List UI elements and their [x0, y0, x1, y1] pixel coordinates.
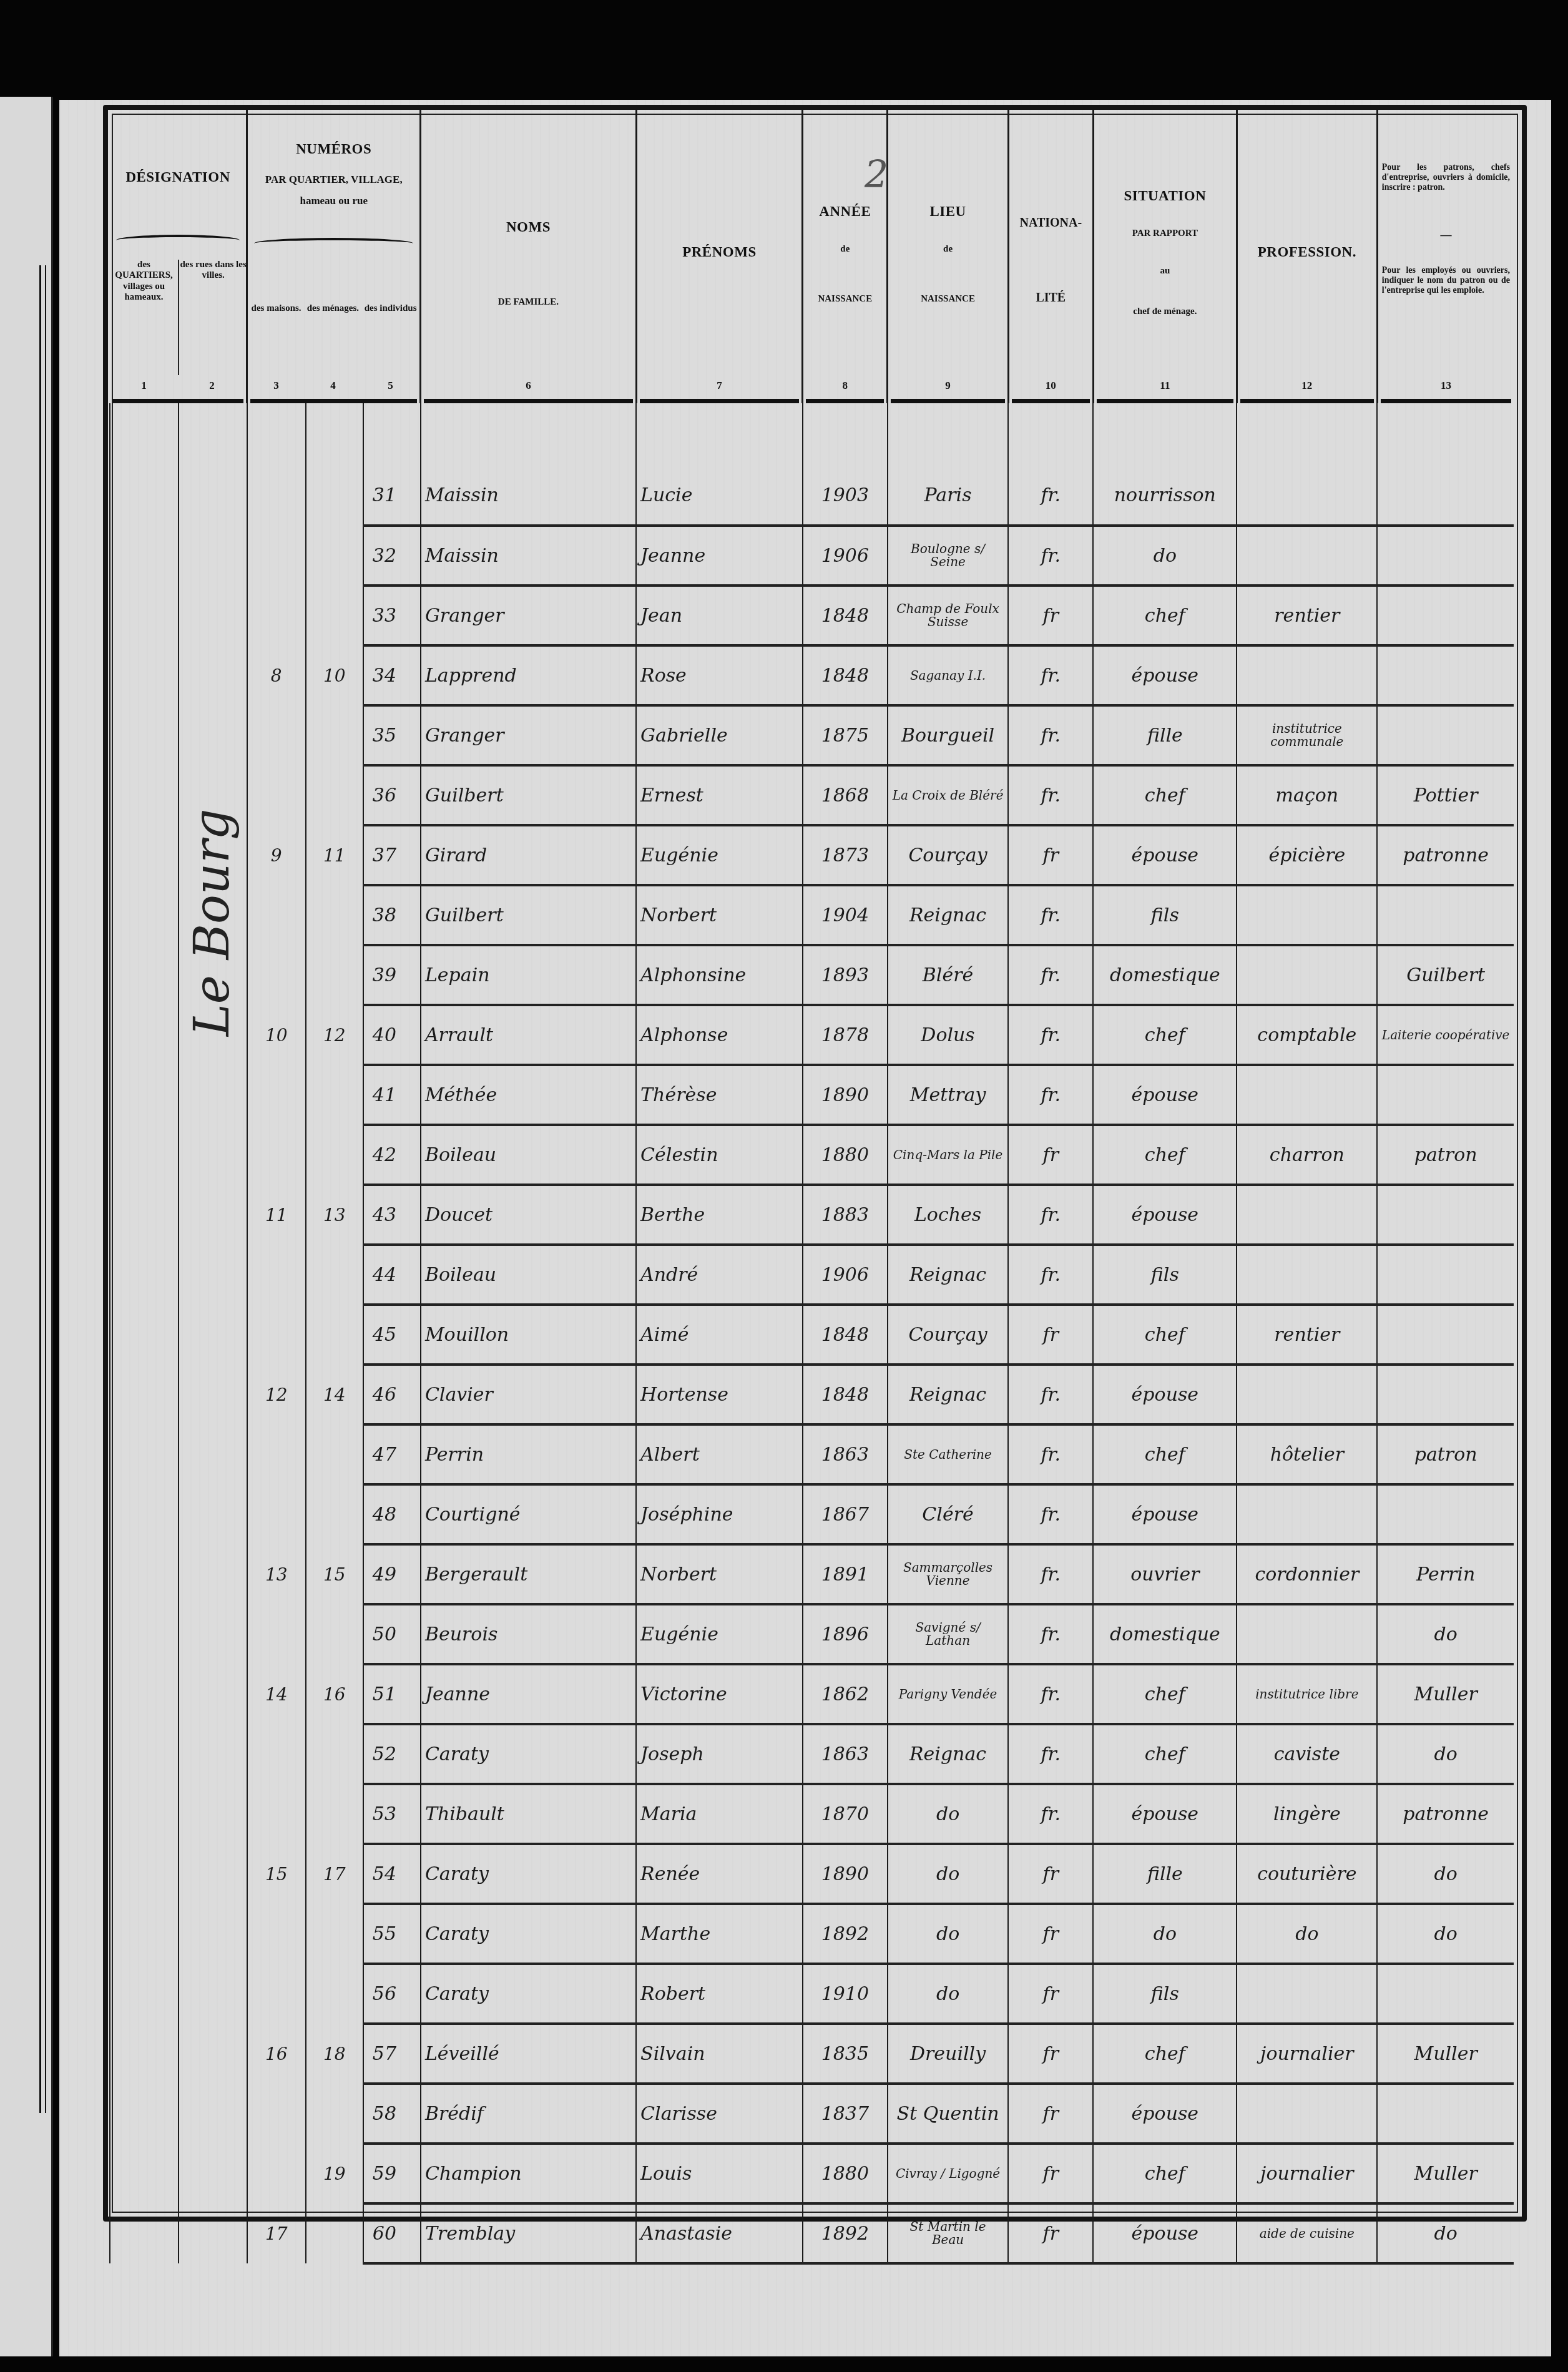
cell-quartier: [110, 1844, 179, 1904]
cell-menage: [306, 526, 363, 586]
cell-profession: caviste: [1237, 1724, 1377, 1784]
cell-quartier: [110, 1245, 179, 1305]
cell-nationalite: fr.: [1008, 1604, 1093, 1664]
cell-nationalite: fr.: [1008, 945, 1093, 1005]
cell-situation: chef: [1093, 1664, 1237, 1724]
cell-rue: [179, 1424, 247, 1484]
cell-prenom: Gabrielle: [636, 705, 803, 765]
cell-nationalite: fr.: [1008, 1724, 1093, 1784]
cell-maison: 9: [247, 825, 306, 885]
cell-rue: [179, 1604, 247, 1664]
cell-prenom: Clarisse: [636, 2084, 803, 2144]
cell-annee: 1873: [803, 825, 888, 885]
cell-individu: 42: [363, 1125, 421, 1185]
header-col13-employee-note: Pour les employés ou ouvriers, indiquer …: [1382, 266, 1510, 296]
cell-patron: [1377, 1185, 1514, 1245]
cell-lieu: Mettray: [888, 1065, 1009, 1125]
cell-lieu: Dreuilly: [888, 2024, 1009, 2084]
cell-nationalite: fr.: [1008, 526, 1093, 586]
cell-nationalite: fr.: [1008, 1245, 1093, 1305]
cell-quartier: [110, 945, 179, 1005]
census-table: DÉSIGNATION des QUARTIERS, villages ou h…: [109, 110, 1514, 2265]
header-col12: PROFESSION.: [1238, 244, 1376, 260]
cell-quartier: [110, 526, 179, 586]
cell-situation: domestique: [1093, 945, 1237, 1005]
cell-patron: [1377, 466, 1514, 526]
cell-quartier: [110, 705, 179, 765]
cell-maison: [247, 945, 306, 1005]
cell-maison: [247, 1784, 306, 1844]
cell-quartier: [110, 1305, 179, 1365]
cell-menage: [306, 2203, 363, 2263]
cell-rue: [179, 1185, 247, 1245]
cell-menage: [306, 1724, 363, 1784]
table-row: 32 Maissin Jeanne 1906 Boulogne s/ Seine…: [110, 526, 1514, 586]
cell-patron: [1377, 645, 1514, 705]
cell-patron: Pottier: [1377, 765, 1514, 825]
cell-lieu: Boulogne s/ Seine: [888, 526, 1009, 586]
cell-situation: do: [1093, 1904, 1237, 1964]
cell-nom: Jeanne: [421, 1664, 636, 1724]
cell-situation: épouse: [1093, 1484, 1237, 1544]
colnum-3: 3: [248, 380, 305, 392]
cell-situation: chef: [1093, 1424, 1237, 1484]
header-annee: ANNÉE de NAISSANCE 8: [803, 110, 888, 403]
cell-prenom: Ernest: [636, 765, 803, 825]
cell-maison: 17: [247, 2203, 306, 2263]
header-employer: Pour les patrons, chefs d'entreprise, ou…: [1377, 110, 1514, 403]
cell-rue: [179, 1544, 247, 1604]
cell-maison: [247, 1604, 306, 1664]
cell-rue: [179, 1724, 247, 1784]
table-row: 47 Perrin Albert 1863 Ste Catherine fr. …: [110, 1424, 1514, 1484]
cell-nationalite: fr: [1008, 2203, 1093, 2263]
cell-lieu: Bourgueil: [888, 705, 1009, 765]
cell-prenom: Alphonsine: [636, 945, 803, 1005]
cell-lieu: do: [888, 1784, 1009, 1844]
header-profession: PROFESSION. 12: [1237, 110, 1377, 403]
cell-prenom: Jean: [636, 586, 803, 645]
cell-quartier: [110, 1664, 179, 1724]
cell-prenom: Eugénie: [636, 1604, 803, 1664]
cell-lieu: do: [888, 1964, 1009, 2024]
cell-nationalite: fr.: [1008, 1005, 1093, 1065]
cell-patron: do: [1377, 2203, 1514, 2263]
header-designation-title: DÉSIGNATION: [110, 169, 246, 185]
cell-lieu: Ste Catherine: [888, 1424, 1009, 1484]
cell-rue: [179, 2084, 247, 2144]
cell-nom: Boileau: [421, 1245, 636, 1305]
header-col11-b: au: [1094, 266, 1236, 277]
cell-individu: 53: [363, 1784, 421, 1844]
cell-patron: [1377, 586, 1514, 645]
cell-annee: 1892: [803, 2203, 888, 2263]
cell-individu: 32: [363, 526, 421, 586]
cell-lieu: Saganay I.I.: [888, 645, 1009, 705]
cell-patron: [1377, 1365, 1514, 1424]
cell-prenom: Victorine: [636, 1664, 803, 1724]
header-col3: des maisons.: [248, 303, 305, 314]
cell-lieu: Reignac: [888, 1245, 1009, 1305]
cell-individu: 55: [363, 1904, 421, 1964]
cell-quartier: [110, 1604, 179, 1664]
cell-menage: 15: [306, 1544, 363, 1604]
cell-menage: [306, 1964, 363, 2024]
cell-rue: [179, 705, 247, 765]
cell-nom: Mouillon: [421, 1305, 636, 1365]
colnum-2: 2: [178, 380, 246, 392]
table-row: 12 14 46 Clavier Hortense 1848 Reignac f…: [110, 1365, 1514, 1424]
cell-annee: 1890: [803, 1844, 888, 1904]
cell-situation: chef: [1093, 1005, 1237, 1065]
cell-profession: [1237, 1065, 1377, 1125]
cell-nom: Caraty: [421, 1904, 636, 1964]
cell-annee: 1891: [803, 1544, 888, 1604]
colnum-11: 11: [1094, 380, 1236, 392]
cell-rue: [179, 1125, 247, 1185]
cell-lieu: Reignac: [888, 1365, 1009, 1424]
cell-annee: 1903: [803, 466, 888, 526]
cell-individu: 46: [363, 1365, 421, 1424]
header-col11-a: PAR RAPPORT: [1094, 228, 1236, 239]
cell-quartier: [110, 1784, 179, 1844]
cell-individu: 40: [363, 1005, 421, 1065]
cell-nom: Tremblay: [421, 2203, 636, 2263]
cell-annee: 1906: [803, 526, 888, 586]
header-col4: des ménages.: [305, 303, 361, 314]
header-rule: [891, 399, 1005, 403]
cell-individu: 34: [363, 645, 421, 705]
table-row: 31 Maissin Lucie 1903 Paris fr. nourriss…: [110, 466, 1514, 526]
cell-individu: 48: [363, 1484, 421, 1544]
cell-situation: chef: [1093, 765, 1237, 825]
cell-individu: 51: [363, 1664, 421, 1724]
cell-menage: [306, 1904, 363, 1964]
cell-profession: [1237, 466, 1377, 526]
header-numeros-sub: PAR QUARTIER, VILLAGE, hameau ou rue: [250, 169, 417, 212]
cell-lieu: Bléré: [888, 945, 1009, 1005]
cell-patron: patronne: [1377, 825, 1514, 885]
cell-maison: [247, 1125, 306, 1185]
table-row: 55 Caraty Marthe 1892 do fr do do do: [110, 1904, 1514, 1964]
cell-nationalite: fr.: [1008, 1365, 1093, 1424]
cell-menage: 14: [306, 1365, 363, 1424]
table-row: 41 Méthée Thérèse 1890 Mettray fr. épous…: [110, 1065, 1514, 1125]
cell-lieu: Cinq-Mars la Pile: [888, 1125, 1009, 1185]
cell-prenom: Alphonse: [636, 1005, 803, 1065]
cell-individu: 49: [363, 1544, 421, 1604]
spacer-row: [110, 403, 1514, 466]
cell-annee: 1863: [803, 1724, 888, 1784]
table-row: 10 12 40 Arrault Alphonse 1878 Dolus fr.…: [110, 1005, 1514, 1065]
cell-prenom: Eugénie: [636, 825, 803, 885]
cell-profession: institutrice communale: [1237, 705, 1377, 765]
cell-nationalite: fr.: [1008, 1544, 1093, 1604]
table-row: 33 Granger Jean 1848 Champ de Foulx Suis…: [110, 586, 1514, 645]
cell-profession: cordonnier: [1237, 1544, 1377, 1604]
cell-prenom: Jeanne: [636, 526, 803, 586]
cell-prenom: Anastasie: [636, 2203, 803, 2263]
header-col8-sub: NAISSANCE: [803, 294, 886, 305]
cell-nationalite: fr: [1008, 1125, 1093, 1185]
cell-nom: Méthée: [421, 1065, 636, 1125]
cell-rue: [179, 2024, 247, 2084]
cell-nationalite: fr.: [1008, 1424, 1093, 1484]
cell-prenom: Louis: [636, 2144, 803, 2203]
cell-annee: 1880: [803, 2144, 888, 2203]
cell-maison: [247, 1964, 306, 2024]
cell-lieu: St Quentin: [888, 2084, 1009, 2144]
cell-menage: [306, 1065, 363, 1125]
cell-nationalite: fr: [1008, 2024, 1093, 2084]
colnum-1: 1: [110, 380, 178, 392]
cell-individu: 38: [363, 885, 421, 945]
header-rule: [806, 399, 884, 403]
header-col5: des individus: [361, 303, 420, 314]
cell-annee: 1867: [803, 1484, 888, 1544]
cell-situation: nourrisson: [1093, 466, 1237, 526]
cell-rue: [179, 586, 247, 645]
cell-profession: hôtelier: [1237, 1424, 1377, 1484]
cell-patron: Guilbert: [1377, 945, 1514, 1005]
header-col11-c: chef de ménage.: [1094, 306, 1236, 317]
header-col9-main: LIEU: [888, 203, 1007, 220]
table-row: 45 Mouillon Aimé 1848 Courçay fr chef re…: [110, 1305, 1514, 1365]
header-rule: [250, 399, 417, 403]
cell-situation: fille: [1093, 705, 1237, 765]
cell-quartier: [110, 1005, 179, 1065]
table-row: 53 Thibault Maria 1870 do fr. épouse lin…: [110, 1784, 1514, 1844]
cell-profession: [1237, 1964, 1377, 2024]
cell-patron: [1377, 2084, 1514, 2144]
cell-rue: [179, 526, 247, 586]
header-col2: des rues dans les villes.: [178, 260, 247, 375]
cell-individu: 54: [363, 1844, 421, 1904]
cell-situation: épouse: [1093, 1065, 1237, 1125]
cell-individu: 50: [363, 1604, 421, 1664]
header-rule: [112, 399, 243, 403]
cell-quartier: [110, 1365, 179, 1424]
cell-patron: [1377, 705, 1514, 765]
cell-situation: chef: [1093, 1305, 1237, 1365]
cell-quartier: [110, 825, 179, 885]
cell-nationalite: fr: [1008, 586, 1093, 645]
cell-maison: [247, 1065, 306, 1125]
cell-quartier: [110, 1544, 179, 1604]
cell-prenom: Silvain: [636, 2024, 803, 2084]
cell-patron: Muller: [1377, 2024, 1514, 2084]
cell-rue: [179, 1305, 247, 1365]
table-row: 19 59 Champion Louis 1880 Civray / Ligog…: [110, 2144, 1514, 2203]
cell-nationalite: fr: [1008, 1305, 1093, 1365]
cell-quartier: [110, 1065, 179, 1125]
cell-individu: 33: [363, 586, 421, 645]
cell-menage: 13: [306, 1185, 363, 1245]
table-row: 48 Courtigné Joséphine 1867 Cléré fr. ép…: [110, 1484, 1514, 1544]
brace-decoration: [254, 238, 413, 249]
cell-annee: 1868: [803, 765, 888, 825]
cell-annee: 1862: [803, 1664, 888, 1724]
cell-prenom: Robert: [636, 1964, 803, 2024]
cell-situation: épouse: [1093, 645, 1237, 705]
cell-individu: 35: [363, 705, 421, 765]
cell-individu: 52: [363, 1724, 421, 1784]
cell-quartier: [110, 1484, 179, 1544]
header-prenoms: PRÉNOMS 7: [636, 110, 803, 403]
cell-annee: 1906: [803, 1245, 888, 1305]
cell-nom: Lapprend: [421, 645, 636, 705]
cell-maison: [247, 1305, 306, 1365]
colnum-5: 5: [361, 380, 420, 392]
cell-quartier: [110, 1424, 179, 1484]
header-col1: des QUARTIERS, villages ou hameaux.: [110, 260, 178, 303]
cell-profession: rentier: [1237, 1305, 1377, 1365]
cell-individu: 39: [363, 945, 421, 1005]
cell-annee: 1878: [803, 1005, 888, 1065]
cell-lieu: Champ de Foulx Suisse: [888, 586, 1009, 645]
cell-prenom: Lucie: [636, 466, 803, 526]
table-row: 36 Guilbert Ernest 1868 La Croix de Blér…: [110, 765, 1514, 825]
cell-individu: 59: [363, 2144, 421, 2203]
cell-patron: Perrin: [1377, 1544, 1514, 1604]
table-row: 8 10 34 Lapprend Rose 1848 Saganay I.I. …: [110, 645, 1514, 705]
cell-profession: aide de cuisine: [1237, 2203, 1377, 2263]
cell-maison: 16: [247, 2024, 306, 2084]
cell-situation: domestique: [1093, 1604, 1237, 1664]
cell-maison: 13: [247, 1544, 306, 1604]
cell-patron: patron: [1377, 1424, 1514, 1484]
header-rule: [640, 399, 800, 403]
table-row: 44 Boileau André 1906 Reignac fr. fils: [110, 1245, 1514, 1305]
cell-profession: rentier: [1237, 586, 1377, 645]
cell-nationalite: fr.: [1008, 765, 1093, 825]
cell-annee: 1848: [803, 1305, 888, 1365]
cell-rue: [179, 1784, 247, 1844]
cell-patron: Muller: [1377, 2144, 1514, 2203]
cell-annee: 1835: [803, 2024, 888, 2084]
cell-maison: [247, 765, 306, 825]
cell-patron: [1377, 885, 1514, 945]
table-row: 11 13 43 Doucet Berthe 1883 Loches fr. é…: [110, 1185, 1514, 1245]
cell-profession: [1237, 645, 1377, 705]
brace-decoration: [116, 235, 240, 246]
cell-situation: chef: [1093, 1724, 1237, 1784]
cell-nom: Clavier: [421, 1365, 636, 1424]
table-row: 38 Guilbert Norbert 1904 Reignac fr. fil…: [110, 885, 1514, 945]
cell-lieu: Sammarçolles Vienne: [888, 1544, 1009, 1604]
cell-menage: 11: [306, 825, 363, 885]
colnum-7: 7: [637, 380, 802, 392]
cell-patron: do: [1377, 1904, 1514, 1964]
cell-rue: [179, 1065, 247, 1125]
cell-patron: patronne: [1377, 1784, 1514, 1844]
cell-lieu: do: [888, 1904, 1009, 1964]
cell-individu: 60: [363, 2203, 421, 2263]
cell-annee: 1870: [803, 1784, 888, 1844]
cell-lieu: do: [888, 1844, 1009, 1904]
cell-maison: [247, 2084, 306, 2144]
cell-menage: [306, 1245, 363, 1305]
cell-menage: 12: [306, 1005, 363, 1065]
cell-prenom: Norbert: [636, 885, 803, 945]
cell-nationalite: fr.: [1008, 705, 1093, 765]
census-rows: 31 Maissin Lucie 1903 Paris fr. nourriss…: [110, 403, 1514, 2263]
cell-nationalite: fr.: [1008, 1185, 1093, 1245]
cell-quartier: [110, 466, 179, 526]
cell-profession: [1237, 1484, 1377, 1544]
cell-maison: [247, 2144, 306, 2203]
table-row: 42 Boileau Célestin 1880 Cinq-Mars la Pi…: [110, 1125, 1514, 1185]
cell-menage: 16: [306, 1664, 363, 1724]
cell-patron: do: [1377, 1604, 1514, 1664]
colnum-4: 4: [305, 380, 361, 392]
header-col13-patron-note: Pour les patrons, chefs d'entreprise, ou…: [1382, 163, 1510, 193]
cell-annee: 1848: [803, 1365, 888, 1424]
cell-nom: Léveillé: [421, 2024, 636, 2084]
table-row: 56 Caraty Robert 1910 do fr fils: [110, 1964, 1514, 2024]
cell-menage: 18: [306, 2024, 363, 2084]
facing-page-border: [39, 265, 46, 2113]
cell-situation: fils: [1093, 885, 1237, 945]
header-col7: PRÉNOMS: [637, 244, 802, 260]
cell-nom: Perrin: [421, 1424, 636, 1484]
cell-rue: [179, 1664, 247, 1724]
cell-maison: 11: [247, 1185, 306, 1245]
cell-profession: [1237, 945, 1377, 1005]
cell-profession: [1237, 2084, 1377, 2144]
cell-menage: [306, 1604, 363, 1664]
table-row: 13 15 49 Bergerault Norbert 1891 Sammarç…: [110, 1544, 1514, 1604]
table-row: 39 Lepain Alphonsine 1893 Bléré fr. dome…: [110, 945, 1514, 1005]
cell-profession: couturière: [1237, 1844, 1377, 1904]
cell-nom: Lepain: [421, 945, 636, 1005]
cell-nom: Beurois: [421, 1604, 636, 1664]
cell-nationalite: fr.: [1008, 1484, 1093, 1544]
cell-annee: 1875: [803, 705, 888, 765]
cell-prenom: Joseph: [636, 1724, 803, 1784]
cell-lieu: Cléré: [888, 1484, 1009, 1544]
cell-nationalite: fr: [1008, 2144, 1093, 2203]
cell-lieu: Savigné s/ Lathan: [888, 1604, 1009, 1664]
header-col9-sub: NAISSANCE: [888, 294, 1007, 305]
cell-menage: [306, 705, 363, 765]
cell-situation: fils: [1093, 1964, 1237, 2024]
header-situation: SITUATION PAR RAPPORT au chef de ménage.…: [1093, 110, 1237, 403]
cell-patron: [1377, 1484, 1514, 1544]
cell-maison: [247, 466, 306, 526]
cell-situation: épouse: [1093, 1784, 1237, 1844]
cell-maison: [247, 885, 306, 945]
cell-nom: Brédif: [421, 2084, 636, 2144]
cell-lieu: St Martin le Beau: [888, 2203, 1009, 2263]
cell-profession: lingère: [1237, 1784, 1377, 1844]
cell-patron: [1377, 1065, 1514, 1125]
cell-situation: fils: [1093, 1245, 1237, 1305]
cell-annee: 1890: [803, 1065, 888, 1125]
cell-annee: 1892: [803, 1904, 888, 1964]
cell-nom: Maissin: [421, 466, 636, 526]
cell-profession: [1237, 1245, 1377, 1305]
cell-prenom: Célestin: [636, 1125, 803, 1185]
header-row: DÉSIGNATION des QUARTIERS, villages ou h…: [110, 110, 1514, 403]
cell-prenom: André: [636, 1245, 803, 1305]
cell-quartier: [110, 1724, 179, 1784]
cell-profession: [1237, 526, 1377, 586]
cell-individu: 47: [363, 1424, 421, 1484]
cell-nom: Caraty: [421, 1964, 636, 2024]
cell-nom: Thibault: [421, 1784, 636, 1844]
cell-quartier: [110, 2084, 179, 2144]
